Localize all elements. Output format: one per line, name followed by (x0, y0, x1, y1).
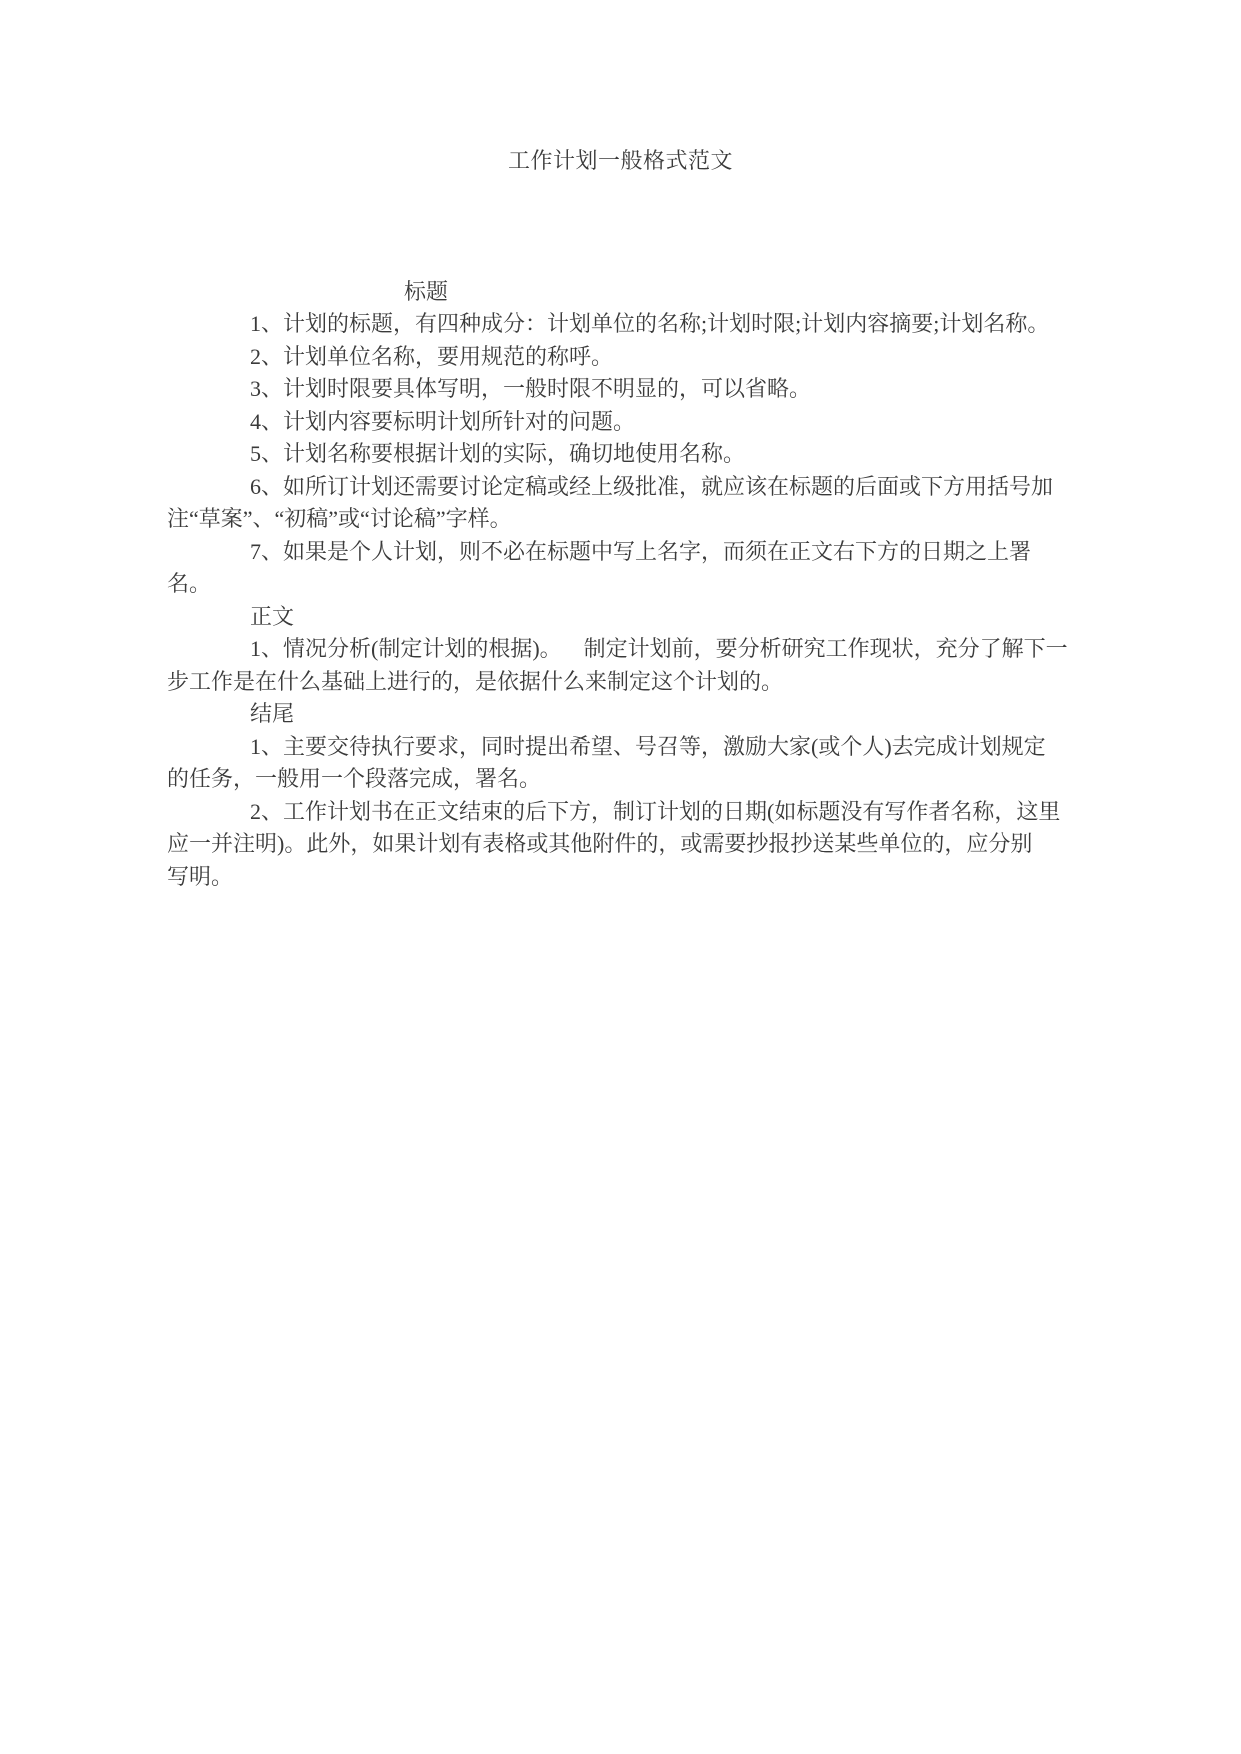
title-section-item-4: 4、计划内容要标明计划所针对的问题。 (167, 406, 1074, 439)
title-section-item-7: 7、如果是个人计划，则不必在标题中写上名字，而须在正文右下方的日期之上署名。 (167, 536, 1074, 601)
section-heading-jiewei: 结尾 (167, 698, 1074, 731)
section-heading-biaoti: 标题 (167, 276, 1074, 309)
title-section-item-5: 5、计划名称要根据计划的实际，确切地使用名称。 (167, 438, 1074, 471)
document-page: 工作计划一般格式范文 标题 1、计划的标题，有四种成分：计划单位的名称;计划时限… (0, 0, 1241, 1754)
section-heading-zhengwen: 正文 (167, 601, 1074, 634)
ending-section-item-1: 1、主要交待执行要求，同时提出希望、号召等，激励大家(或个人)去完成计划规定 的… (167, 731, 1074, 796)
document-body: 标题 1、计划的标题，有四种成分：计划单位的名称;计划时限;计划内容摘要;计划名… (167, 276, 1074, 894)
title-section-item-6: 6、如所订计划还需要讨论定稿或经上级批准，就应该在标题的后面或下方用括号加 注“… (167, 471, 1074, 536)
body-section-item-1: 1、情况分析(制定计划的根据)。 制定计划前，要分析研究工作现状，充分了解下一 … (167, 633, 1074, 698)
title-section-item-2: 2、计划单位名称，要用规范的称呼。 (167, 341, 1074, 374)
title-section-item-1: 1、计划的标题，有四种成分：计划单位的名称;计划时限;计划内容摘要;计划名称。 (167, 308, 1074, 341)
title-section-item-3: 3、计划时限要具体写明，一般时限不明显的，可以省略。 (167, 373, 1074, 406)
ending-section-item-2: 2、工作计划书在正文结束的后下方，制订计划的日期(如标题没有写作者名称，这里 应… (167, 796, 1074, 894)
document-title: 工作计划一般格式范文 (167, 145, 1074, 178)
